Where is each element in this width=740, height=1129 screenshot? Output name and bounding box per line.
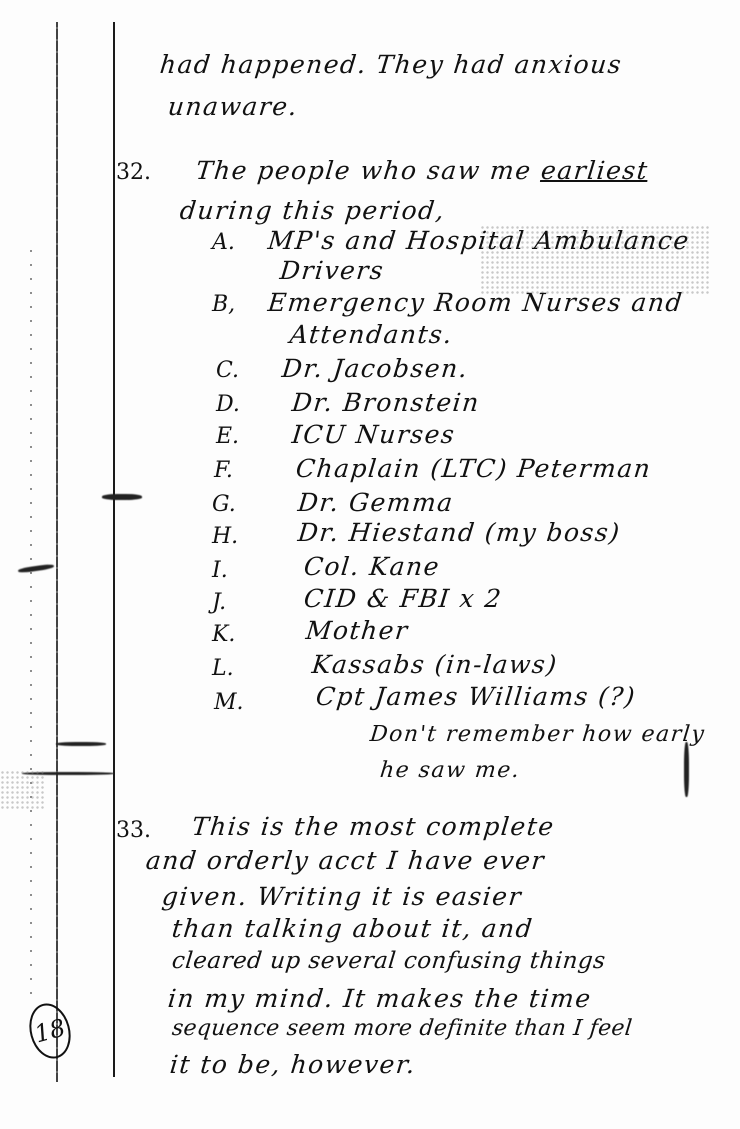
list-item-letter: D. bbox=[216, 392, 240, 417]
page-number-circled: 18 bbox=[23, 999, 76, 1063]
scan-dot-artifacts bbox=[30, 250, 32, 1000]
text-line: had happened. They had anxious bbox=[158, 50, 623, 79]
list-item: Dr. Bronstein bbox=[290, 388, 481, 417]
scan-smudge bbox=[56, 742, 106, 746]
list-item: Drivers bbox=[278, 256, 385, 285]
text-line: it to be, however. bbox=[168, 1050, 417, 1079]
list-item: Mother bbox=[304, 616, 410, 645]
list-item: Don't remember how early bbox=[369, 722, 707, 747]
text-line: sequence seem more definite than I feel bbox=[171, 1016, 634, 1041]
list-item: Attendants. bbox=[288, 320, 454, 349]
list-item-letter: H. bbox=[212, 524, 238, 549]
list-item: MP's and Hospital Ambulance bbox=[266, 226, 691, 255]
list-item-letter: K. bbox=[212, 622, 235, 647]
text-line: The people who saw me earliest bbox=[194, 156, 650, 185]
list-item-letter: G. bbox=[212, 492, 236, 517]
scanned-page: had happened. They had anxious unaware. … bbox=[0, 0, 740, 1129]
list-item-letter: M. bbox=[214, 690, 244, 715]
text-line: given. Writing it is easier bbox=[160, 882, 523, 911]
list-item-letter: J. bbox=[212, 590, 226, 615]
list-item: Dr. Jacobsen. bbox=[280, 354, 469, 383]
text-line: during this period, bbox=[178, 196, 446, 225]
list-item: Chaplain (LTC) Peterman bbox=[294, 454, 652, 483]
list-item: Cpt James Williams (?) bbox=[314, 682, 637, 711]
list-item: Emergency Room Nurses and bbox=[266, 288, 684, 317]
text-line: unaware. bbox=[166, 92, 299, 121]
list-item: Col. Kane bbox=[302, 552, 441, 581]
margin-rule-outer bbox=[56, 22, 58, 1082]
list-item-letter: A. bbox=[212, 230, 235, 255]
list-item-letter: E. bbox=[216, 424, 239, 449]
list-item-letter: B, bbox=[212, 292, 235, 317]
list-item-letter: L. bbox=[212, 656, 234, 681]
list-item-letter: I. bbox=[212, 558, 228, 583]
scan-smudge bbox=[102, 494, 142, 500]
list-item: he saw me. bbox=[379, 758, 522, 783]
list-item: Dr. Hiestand (my boss) bbox=[296, 518, 622, 547]
text-line: and orderly acct I have ever bbox=[144, 846, 546, 875]
text-line: This is the most complete bbox=[190, 812, 556, 841]
list-item-letter: C. bbox=[216, 358, 239, 383]
underlined-word: earliest bbox=[540, 156, 650, 185]
list-item: Kassabs (in-laws) bbox=[310, 650, 559, 679]
paragraph-number: 33. bbox=[116, 818, 151, 843]
text-line: cleared up several confusing things bbox=[171, 948, 607, 974]
scan-speckle bbox=[0, 770, 45, 810]
paragraph-number: 32. bbox=[116, 160, 151, 185]
text-line: The people who saw me earliest bbox=[194, 156, 650, 185]
list-item: Dr. Gemma bbox=[296, 488, 455, 517]
text-line: than talking about it, and bbox=[170, 914, 534, 943]
text-line: in my mind. It makes the time bbox=[166, 984, 593, 1013]
list-item: ICU Nurses bbox=[290, 420, 456, 449]
list-item: CID & FBI x 2 bbox=[302, 584, 503, 613]
scan-smudge bbox=[18, 564, 54, 574]
list-item-letter: F. bbox=[214, 458, 233, 483]
scan-smudge bbox=[684, 742, 689, 797]
